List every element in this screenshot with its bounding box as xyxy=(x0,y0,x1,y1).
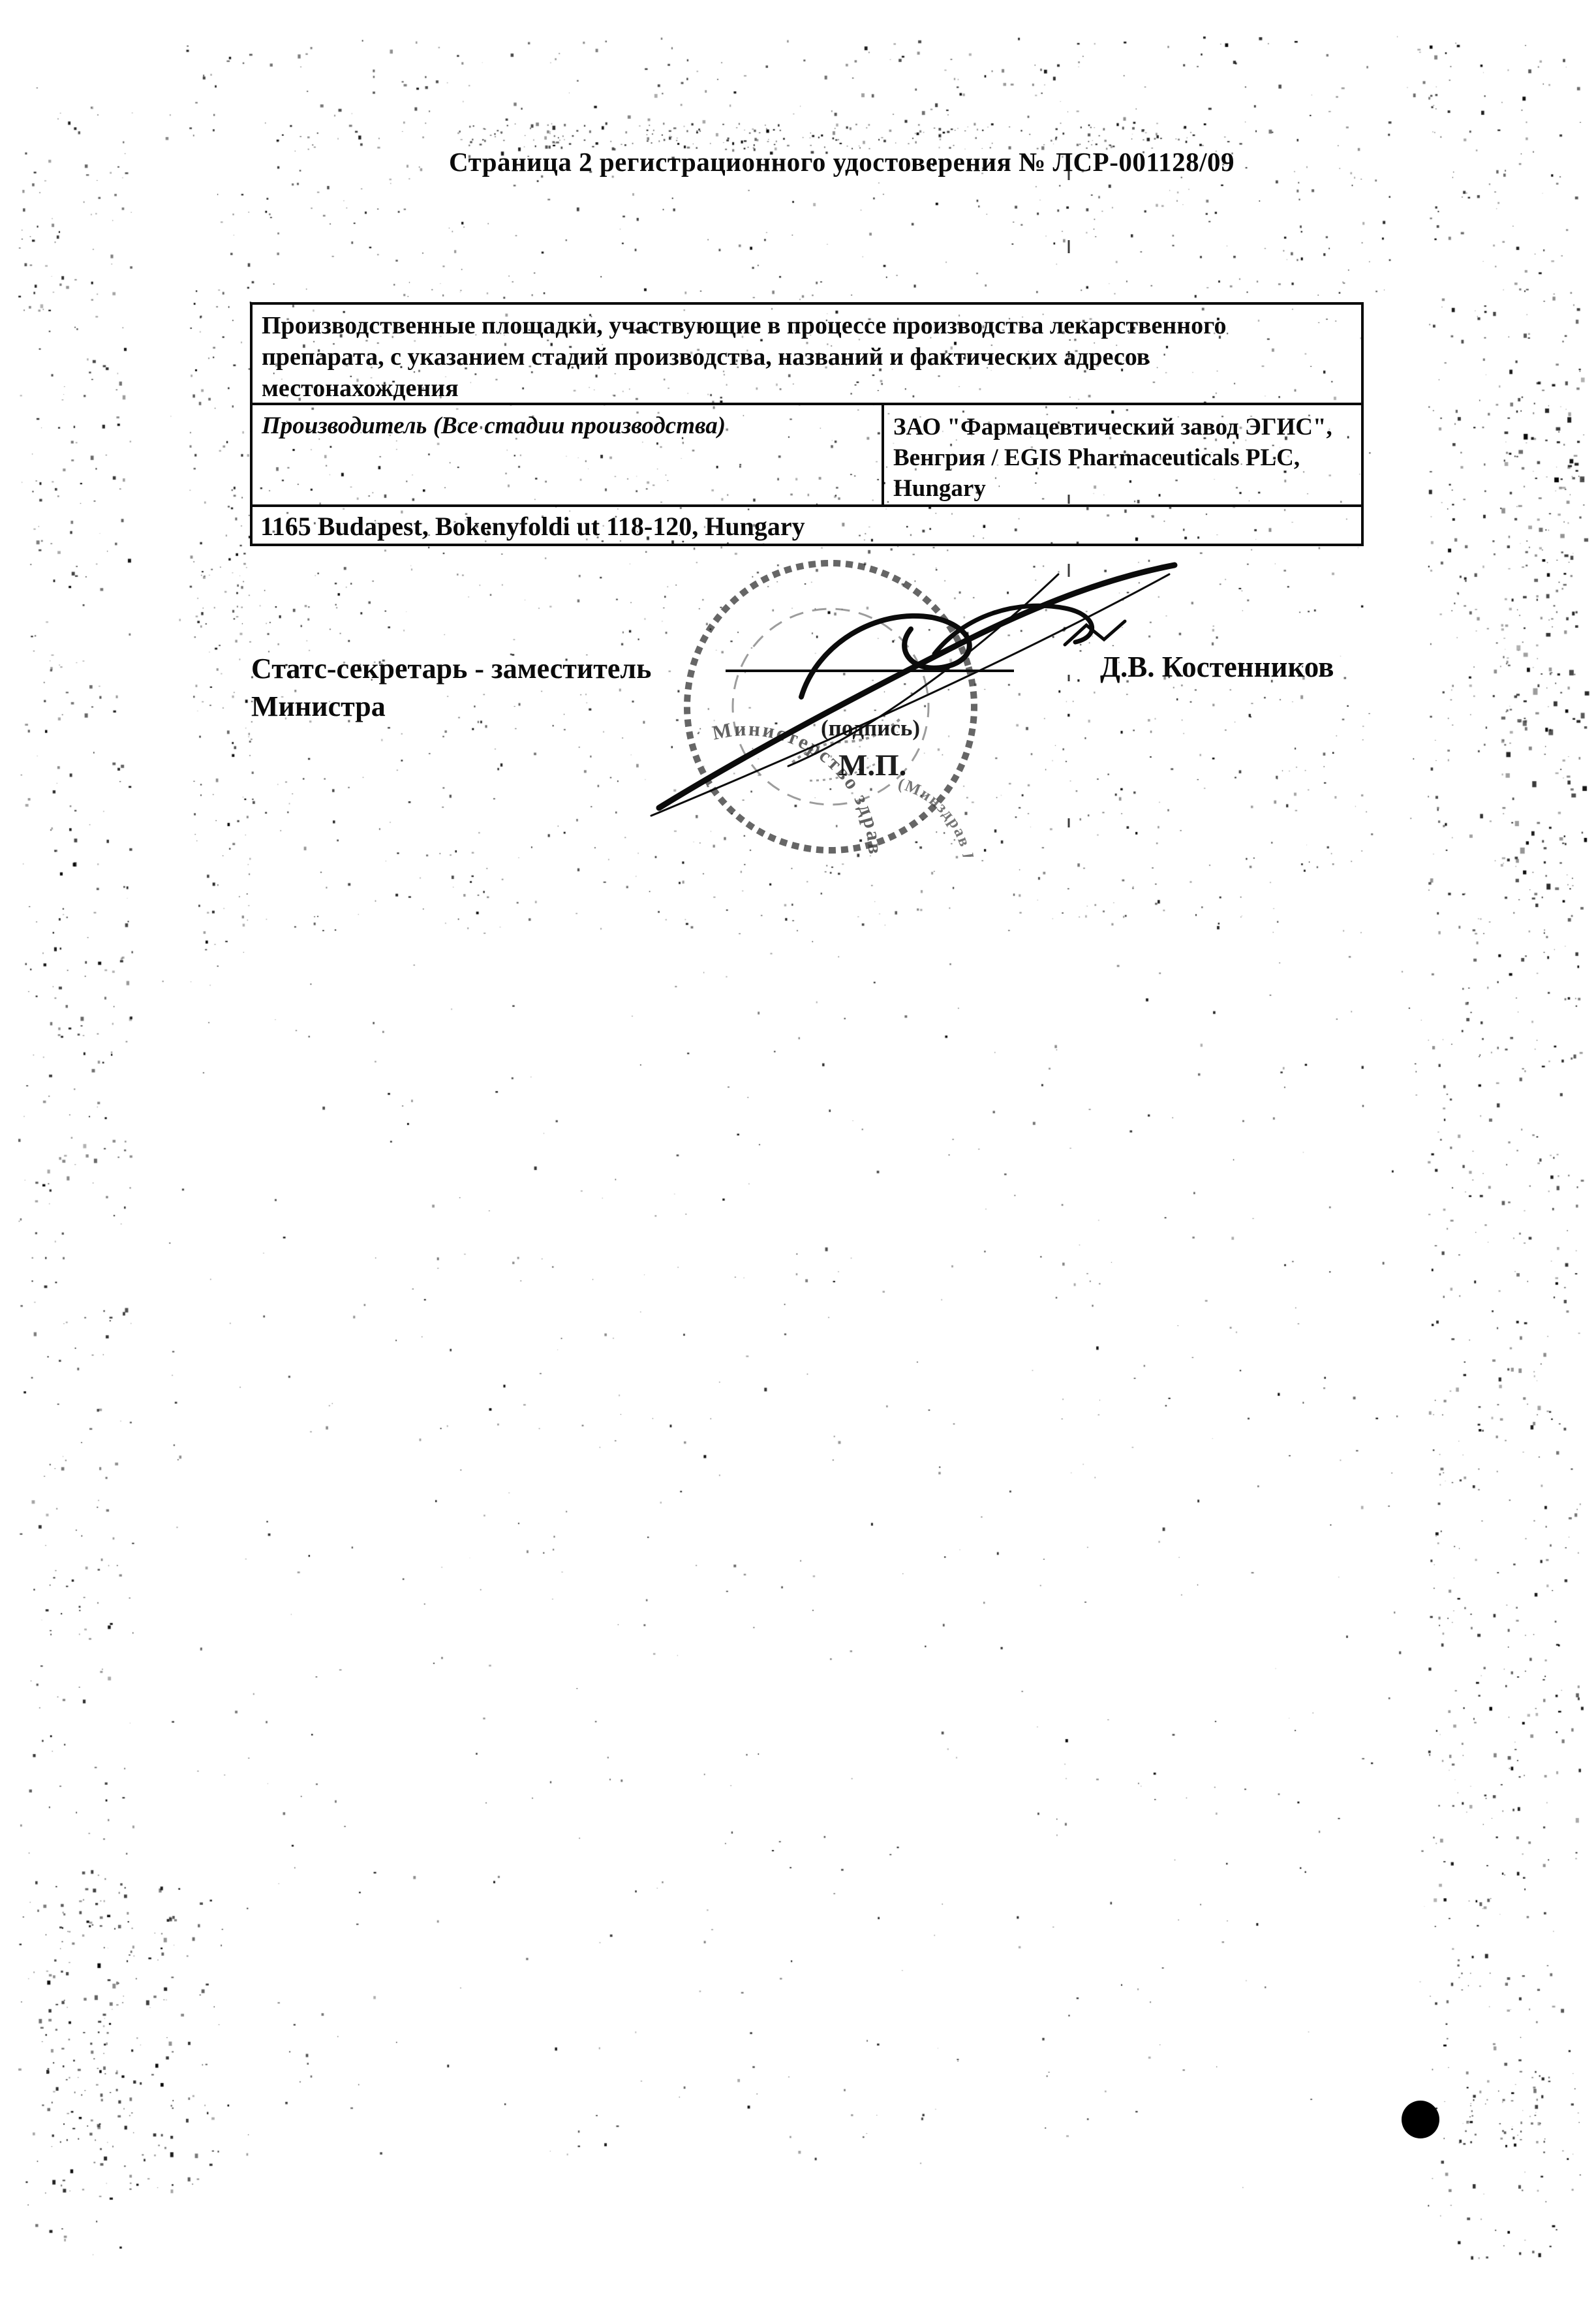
signer-name: Д.В. Костенников xyxy=(1100,650,1334,684)
seal-place-caption: М.П. xyxy=(838,748,906,783)
signature-scribble xyxy=(639,548,1201,861)
signature-caption: (подпись) xyxy=(821,715,920,741)
table-row: Производитель (Все стадии производства) … xyxy=(253,405,1361,507)
production-sites-table: Производственные площадки, участвующие в… xyxy=(250,302,1364,546)
producer-label-cell: Производитель (Все стадии производства) xyxy=(253,405,884,504)
page-header: Страница 2 регистрационного удостоверени… xyxy=(449,146,1238,177)
address-cell: 1165 Budapest, Bokenyfoldi ut 118-120, H… xyxy=(253,507,1361,544)
producer-value-cell: ЗАО "Фармацевтический завод ЭГИС", Венгр… xyxy=(884,405,1361,504)
punch-hole-dot xyxy=(1402,2101,1439,2138)
signature-ruling-line xyxy=(726,670,1014,672)
scanned-certificate-page: Страница 2 регистрационного удостоверени… xyxy=(0,0,1596,2297)
signer-title: Статс-секретарь - заместитель Министра xyxy=(251,650,701,726)
table-header-cell: Производственные площадки, участвующие в… xyxy=(253,305,1361,405)
